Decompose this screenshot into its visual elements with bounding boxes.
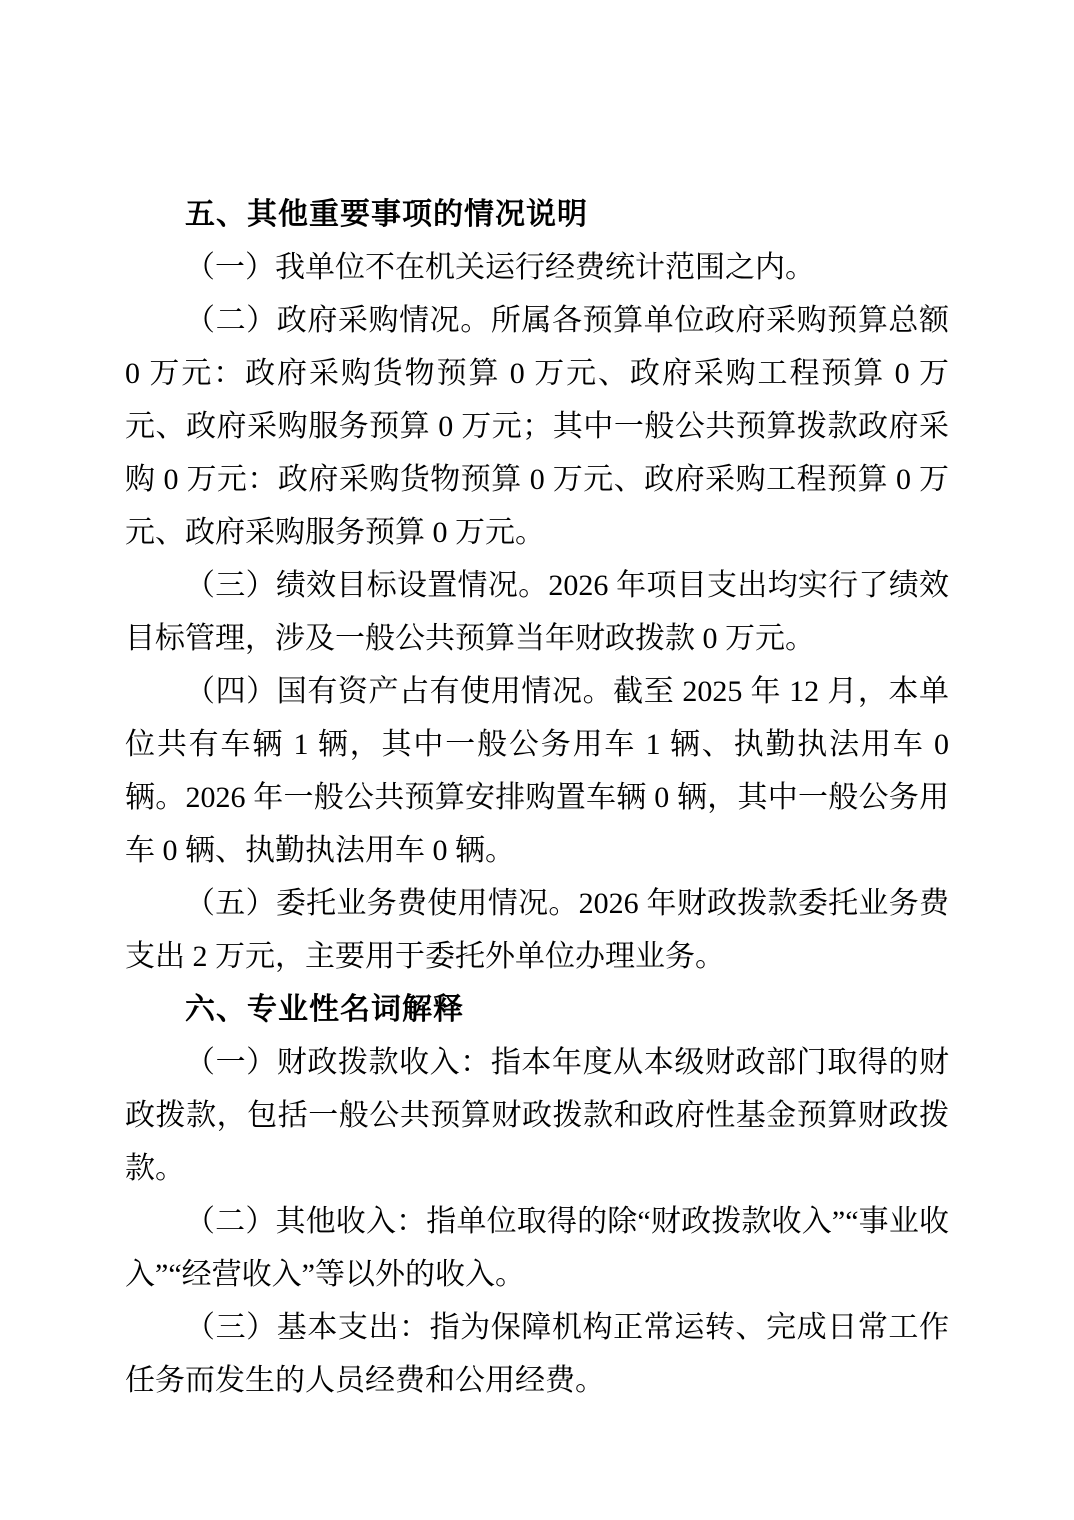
paragraph-term-fiscal-appropriation-income: （一）财政拨款收入：指本年度从本级财政部门取得的财政拨款，包括一般公共预算财政拨…: [125, 1036, 949, 1195]
paragraph-agency-operating-funds: （一）我单位不在机关运行经费统计范围之内。: [125, 241, 949, 294]
document-page: 五、其他重要事项的情况说明 （一）我单位不在机关运行经费统计范围之内。 （二）政…: [0, 0, 1074, 1520]
paragraph-term-basic-expenditure: （三）基本支出：指为保障机构正常运转、完成日常工作任务而发生的人员经费和公用经费…: [125, 1301, 949, 1407]
paragraph-entrusted-business-fees: （五）委托业务费使用情况。2026 年财政拨款委托业务费支出 2 万元，主要用于…: [125, 877, 949, 983]
paragraph-performance-targets: （三）绩效目标设置情况。2026 年项目支出均实行了绩效目标管理，涉及一般公共预…: [125, 559, 949, 665]
document-body: 五、其他重要事项的情况说明 （一）我单位不在机关运行经费统计范围之内。 （二）政…: [125, 188, 949, 1407]
section-heading-other-important-matters: 五、其他重要事项的情况说明: [125, 188, 949, 241]
paragraph-state-owned-assets: （四）国有资产占有使用情况。截至 2025 年 12 月，本单位共有车辆 1 辆…: [125, 665, 949, 877]
section-heading-terminology: 六、专业性名词解释: [125, 983, 949, 1036]
paragraph-government-procurement: （二）政府采购情况。所属各预算单位政府采购预算总额 0 万元：政府采购货物预算 …: [125, 294, 949, 559]
paragraph-term-other-income: （二）其他收入：指单位取得的除“财政拨款收入”“事业收入”“经营收入”等以外的收…: [125, 1195, 949, 1301]
